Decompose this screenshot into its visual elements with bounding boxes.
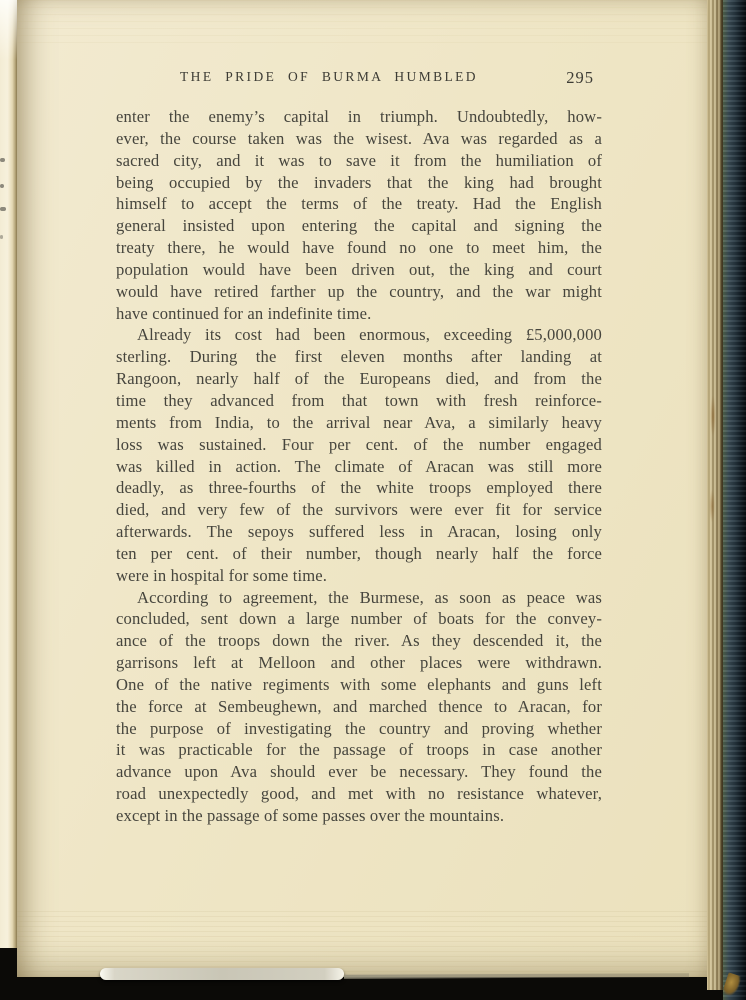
text-line: Already its cost had been enormous, exce… — [116, 324, 602, 346]
text-line: sacred city, and it was to save it from … — [116, 150, 602, 172]
left-page-edge — [0, 0, 17, 948]
text-line: advance upon Ava should ever be necessar… — [116, 761, 602, 783]
text-line: ten per cent. of their number, though ne… — [116, 543, 602, 565]
text-line: time they advanced from that town with f… — [116, 390, 602, 412]
bottom-page-edge-strip — [100, 968, 344, 980]
text-line: have continued for an indefinite time. — [116, 303, 602, 325]
page-bottom-edge-texture — [17, 907, 707, 977]
ink-bleed-mark — [0, 158, 5, 162]
paragraph: enter the enemy’s capital in triumph. Un… — [116, 106, 602, 324]
text-line: died, and very few of the survivors were… — [116, 499, 602, 521]
text-line: sterling. During the first eleven months… — [116, 346, 602, 368]
text-line: were in hospital for some time. — [116, 565, 602, 587]
book-scan: THE PRIDE OF BURMA HUMBLED 295 enter the… — [0, 0, 746, 1000]
text-line: concluded, sent down a large number of b… — [116, 608, 602, 630]
bottom-page-edge-line — [344, 973, 689, 979]
text-line: According to agreement, the Burmese, as … — [116, 587, 602, 609]
text-line: One of the native regiments with some el… — [116, 674, 602, 696]
text-line: was killed in action. The climate of Ara… — [116, 456, 602, 478]
page-header: THE PRIDE OF BURMA HUMBLED 295 — [116, 69, 602, 89]
text-block: enter the enemy’s capital in triumph. Un… — [116, 106, 602, 827]
text-line: general insisted upon entering the capit… — [116, 215, 602, 237]
running-title: THE PRIDE OF BURMA HUMBLED — [116, 69, 542, 85]
paragraph: Already its cost had been enormous, exce… — [116, 324, 602, 586]
text-line: garrisons left at Melloon and other plac… — [116, 652, 602, 674]
text-line: treaty there, he would have found no one… — [116, 237, 602, 259]
book-page: THE PRIDE OF BURMA HUMBLED 295 enter the… — [17, 0, 707, 977]
text-line: deadly, as three-fourths of the white tr… — [116, 477, 602, 499]
ink-bleed-mark — [0, 207, 6, 211]
text-line: ever, the course taken was the wisest. A… — [116, 128, 602, 150]
text-line: it was practicable for the passage of tr… — [116, 739, 602, 761]
page-top-edge-texture — [17, 0, 707, 46]
text-line: the force at Sembeughewn, and marched th… — [116, 696, 602, 718]
text-line: enter the enemy’s capital in triumph. Un… — [116, 106, 602, 128]
right-page-edges — [707, 0, 723, 990]
text-line: loss was sustained. Four per cent. of th… — [116, 434, 602, 456]
page-number: 295 — [566, 68, 594, 88]
text-line: ments from India, to the arrival near Av… — [116, 412, 602, 434]
book-cover-right — [723, 0, 746, 1000]
text-line: the purpose of investigating the country… — [116, 718, 602, 740]
text-line: Rangoon, nearly half of the Europeans di… — [116, 368, 602, 390]
text-line: road unexpectedly good, and met with no … — [116, 783, 602, 805]
text-line: afterwards. The sepoys suffered less in … — [116, 521, 602, 543]
paragraph: According to agreement, the Burmese, as … — [116, 587, 602, 827]
ink-bleed-mark — [0, 184, 4, 188]
ink-bleed-mark — [0, 235, 3, 239]
text-line: ance of the troops down the river. As th… — [116, 630, 602, 652]
text-line: would have retired farther up the countr… — [116, 281, 602, 303]
text-line: himself to accept the terms of the treat… — [116, 193, 602, 215]
text-line: being occupied by the invaders that the … — [116, 172, 602, 194]
text-line: except in the passage of some passes ove… — [116, 805, 602, 827]
text-line: population would have been driven out, t… — [116, 259, 602, 281]
cover-ornament — [722, 972, 742, 997]
